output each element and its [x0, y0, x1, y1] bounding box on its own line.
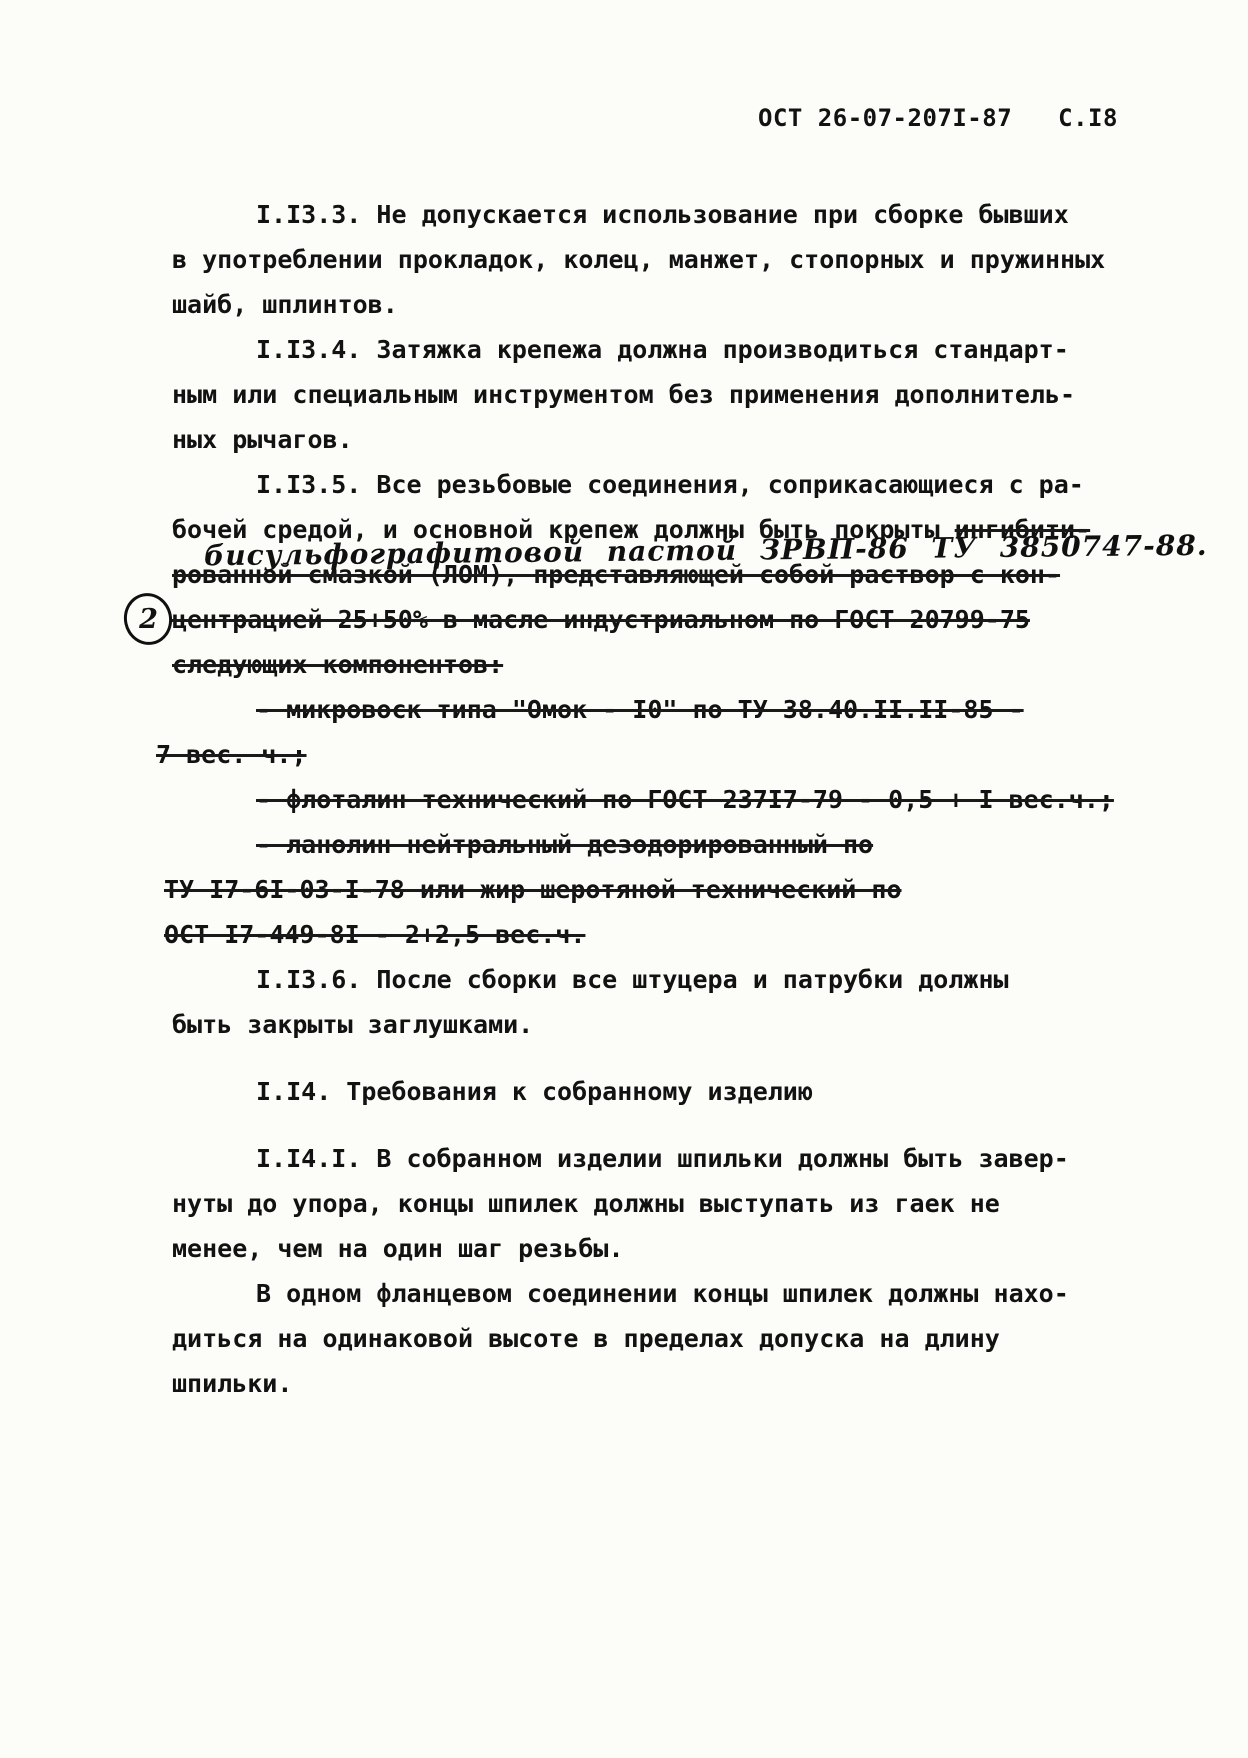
struck-text-line: 7 вес. ч.; [156, 732, 1162, 777]
text-line: I.I3.4. Затяжка крепежа должна производи… [172, 327, 1162, 372]
struck-text-line: следующих компонентов: [172, 642, 1162, 687]
text-line: нуты до упора, концы шпилек должны высту… [172, 1181, 1162, 1226]
page-number: С.I8 [1058, 104, 1118, 132]
struck-text-line: - ланолин нейтральный дезодорированный п… [172, 822, 1162, 867]
paragraph-gap [172, 1047, 1162, 1069]
text-line: шпильки. [172, 1361, 1162, 1406]
text-line: менее, чем на один шаг резьбы. [172, 1226, 1162, 1271]
struck-text-line: - микровоск типа "Омок - I0" по ТУ 38.40… [172, 687, 1162, 732]
paragraph-gap [172, 1114, 1162, 1136]
text-line: I.I3.6. После сборки все штуцера и патру… [172, 957, 1162, 1002]
revision-number: 2 [139, 604, 158, 635]
text-line: I.I3.5. Все резьбовые соединения, соприк… [172, 462, 1162, 507]
struck-text-line: - флоталин технический по ГОСТ 237I7-79 … [172, 777, 1162, 822]
text-line: в употреблении прокладок, колец, манжет,… [172, 237, 1162, 282]
section-heading: I.I4. Требования к собранному изделию [172, 1069, 1162, 1114]
scanned-document-page: ОСТ 26-07-207I-87С.I8 I.I3.3. Не допуска… [0, 0, 1248, 1758]
text-line: быть закрыты заглушками. [172, 1002, 1162, 1047]
text-line: ным или специальным инструментом без при… [172, 372, 1162, 417]
text-line: диться на одинаковой высоте в пределах д… [172, 1316, 1162, 1361]
text-line: I.I3.3. Не допускается использование при… [172, 192, 1162, 237]
revision-mark-circle: 2 [119, 589, 177, 650]
text-line: ных рычагов. [172, 417, 1162, 462]
standard-number: ОСТ 26-07-207I-87 [758, 104, 1012, 132]
text-line: В одном фланцевом соединении концы шпиле… [172, 1271, 1162, 1316]
text-line: шайб, шплинтов. [172, 282, 1162, 327]
struck-text-line: ТУ I7-6I-03-I-78 или жир шеротяной техни… [164, 867, 1162, 912]
struck-text-line: центрацией 25+50% в масле индустриальном… [172, 597, 1162, 642]
text-line: I.I4.I. В собранном изделии шпильки долж… [172, 1136, 1162, 1181]
struck-text-line: ОСТ I7-449-8I - 2+2,5 вес.ч. [164, 912, 1162, 957]
page-header: ОСТ 26-07-207I-87С.I8 [758, 104, 1118, 132]
document-body: I.I3.3. Не допускается использование при… [172, 192, 1162, 1406]
